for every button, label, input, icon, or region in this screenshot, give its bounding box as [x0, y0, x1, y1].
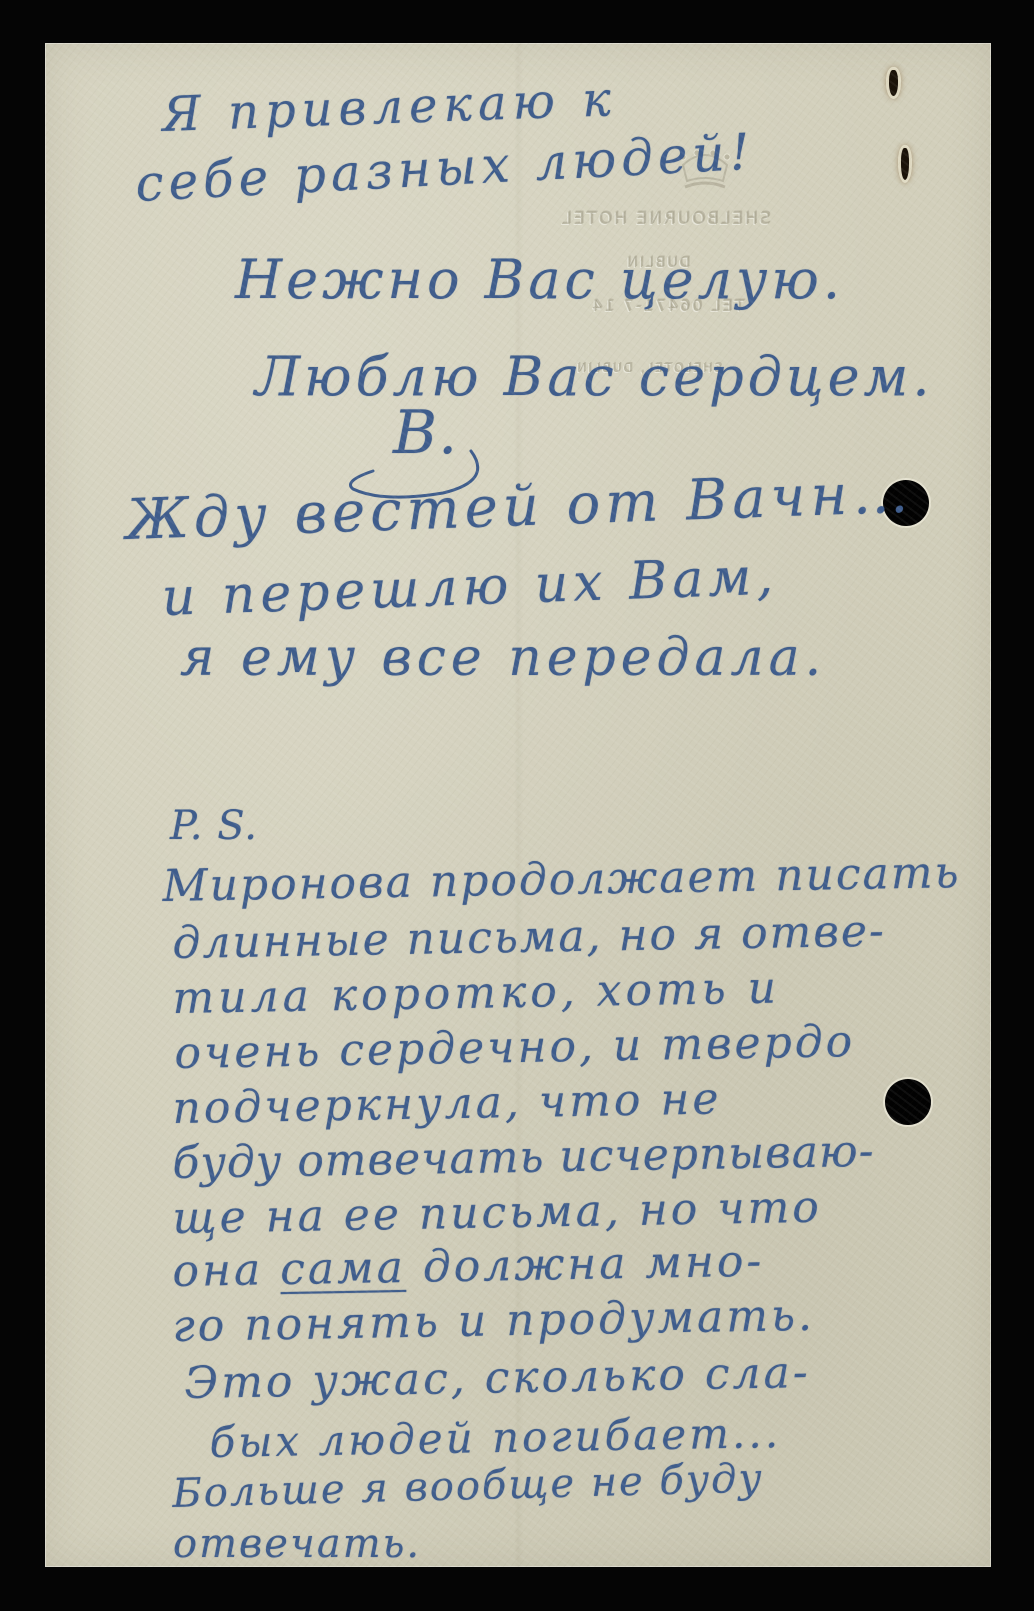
paper-tear-mark	[901, 148, 909, 180]
postscript-line: ще на ее письма, но что	[172, 1182, 822, 1244]
postscript-word: она	[172, 1244, 264, 1297]
postscript-line: подчеркнула, что не	[172, 1073, 722, 1134]
underlined-word: сама	[280, 1242, 406, 1295]
postscript-line: отвечать.	[173, 1521, 421, 1567]
postscript-line: тила коротко, хоть и	[172, 962, 780, 1024]
letter-line: я ему все передала.	[180, 628, 826, 688]
postscript-line: го понять и продумать.	[172, 1290, 815, 1352]
postscript-word: должна мно-	[422, 1236, 764, 1293]
letterhead-hotel-name: SHELBOURNE HOTEL	[560, 209, 770, 229]
letter-line: Жду вестей от Вачн…	[125, 461, 915, 553]
letter-line: и перешлю их Вам,	[161, 547, 779, 628]
postscript-line: буду отвечать исчерпываю-	[172, 1126, 875, 1189]
postscript-line: она сама должна мно-	[172, 1236, 765, 1297]
letter-page: SHELBOURNE HOTEL DUBLIN TEL 06471-7 14 S…	[45, 43, 991, 1567]
paper-tear-mark	[889, 70, 898, 96]
letter-line: Люблю Вас сердцем.	[255, 345, 934, 408]
postscript-line: очень сердечно, и твердо	[174, 1016, 855, 1079]
postscript-line: Миронова продолжает писать	[162, 847, 961, 912]
postscript-line: Это ужас, сколько сла-	[184, 1347, 811, 1409]
postscript-line: длинные письма, но я отве-	[172, 906, 886, 969]
letter-line: Я привлекаю к	[161, 71, 618, 143]
letter-line: Нежно Вас целую.	[235, 248, 844, 311]
punch-hole	[885, 1079, 931, 1125]
postscript-label: P. S.	[170, 803, 258, 849]
